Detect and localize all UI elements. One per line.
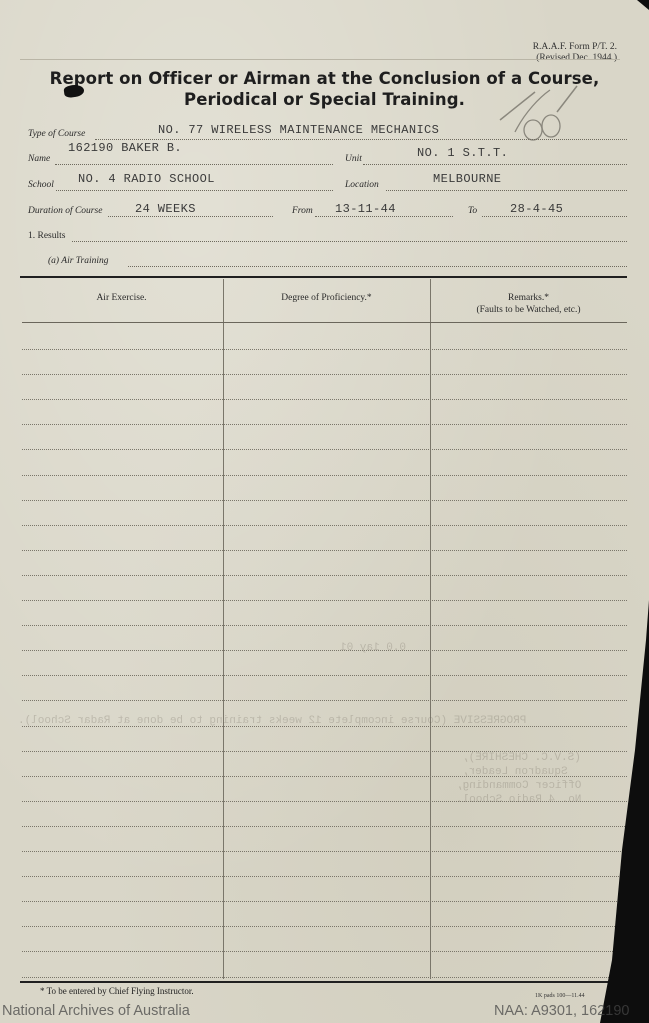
school-label: School	[28, 180, 54, 190]
table-row-line	[22, 449, 627, 450]
name-label: Name	[28, 154, 50, 164]
table-row-line	[22, 675, 627, 676]
form-reference: R.A.A.F. Form P/T. 2. (Revised Dec. 1944…	[533, 42, 617, 64]
column-divider-1	[223, 279, 224, 979]
remarks-label: Remarks.*	[430, 292, 627, 304]
archive-watermark-left: National Archives of Australia	[2, 1003, 190, 1019]
table-row-line	[22, 550, 627, 551]
table-row-line	[22, 951, 627, 952]
column-header-proficiency: Degree of Proficiency.*	[223, 292, 430, 304]
to-value[interactable]: 28-4-45	[510, 202, 563, 216]
table-row-line	[22, 826, 627, 827]
table-top-rule	[20, 276, 627, 278]
torn-corner-top	[637, 0, 649, 10]
column-divider-2	[430, 279, 431, 979]
type-of-course-line	[95, 139, 627, 140]
table-row-line	[22, 851, 627, 852]
table-row-line	[22, 926, 627, 927]
duration-line	[108, 216, 273, 217]
showthrough-line4: Officer Commanding,	[456, 780, 581, 792]
location-label: Location	[345, 180, 379, 190]
unit-line	[363, 164, 627, 165]
showthrough-line3: Squadron Leader,	[462, 766, 568, 778]
footnote: * To be entered by Chief Flying Instruct…	[40, 986, 194, 996]
table-row-line	[22, 650, 627, 651]
table-row-line	[22, 977, 627, 978]
top-rule	[20, 59, 620, 60]
type-of-course-value[interactable]: NO. 77 WIRELESS MAINTENANCE MECHANICS	[158, 123, 439, 137]
table-row-line	[22, 374, 627, 375]
table-row-line	[22, 901, 627, 902]
from-label: From	[292, 206, 313, 216]
print-reference: 1K pads 100—11.44	[535, 993, 585, 999]
table-row-line	[22, 424, 627, 425]
results-line	[72, 241, 627, 242]
showthrough-line1: PROGRESSIVE (Course incomplete 12 weeks …	[18, 715, 526, 727]
duration-value[interactable]: 24 WEEKS	[135, 202, 196, 216]
table-row-line	[22, 500, 627, 501]
unit-label: Unit	[345, 154, 362, 164]
table-row-line	[22, 525, 627, 526]
location-value[interactable]: MELBOURNE	[433, 172, 501, 186]
school-value[interactable]: NO. 4 RADIO SCHOOL	[78, 172, 215, 186]
showthrough-line2: (S.V.C. CHESHIRE),	[462, 752, 581, 764]
to-label: To	[468, 206, 477, 216]
from-value[interactable]: 13-11-44	[335, 202, 396, 216]
location-line	[386, 190, 627, 191]
name-line	[55, 164, 333, 165]
to-line	[482, 216, 627, 217]
unit-value[interactable]: NO. 1 S.T.T.	[417, 146, 508, 160]
from-line	[315, 216, 453, 217]
table-row-line	[22, 700, 627, 701]
air-training-label: (a) Air Training	[48, 256, 109, 266]
document-page: R.A.A.F. Form P/T. 2. (Revised Dec. 1944…	[0, 0, 649, 1023]
table-row-line	[22, 399, 627, 400]
showthrough-line5: No. 4 Radio School.	[456, 794, 581, 806]
remarks-sublabel: (Faults to be Watched, etc.)	[430, 304, 627, 316]
pencil-annotation-icon	[495, 82, 585, 142]
name-value[interactable]: 162190 BAKER B.	[68, 141, 182, 155]
table-bottom-rule	[20, 981, 627, 983]
column-header-air-exercise: Air Exercise.	[20, 292, 223, 304]
table-row-line	[22, 625, 627, 626]
air-training-line	[128, 266, 627, 267]
results-label: 1. Results	[28, 231, 65, 241]
archive-watermark-right: NAA: A9301, 162190	[494, 1003, 629, 1019]
form-number: R.A.A.F. Form P/T. 2.	[533, 42, 617, 53]
type-of-course-label: Type of Course	[28, 129, 85, 139]
table-header-rule	[22, 322, 627, 323]
showthrough-fragment: 0.0 1ay 01	[340, 642, 406, 654]
duration-label: Duration of Course	[28, 206, 102, 216]
column-header-remarks: Remarks.* (Faults to be Watched, etc.)	[430, 292, 627, 316]
table-row-line	[22, 600, 627, 601]
table-row-line	[22, 876, 627, 877]
school-line	[56, 190, 333, 191]
table-row-line	[22, 475, 627, 476]
table-row-line	[22, 575, 627, 576]
table-row-line	[22, 349, 627, 350]
